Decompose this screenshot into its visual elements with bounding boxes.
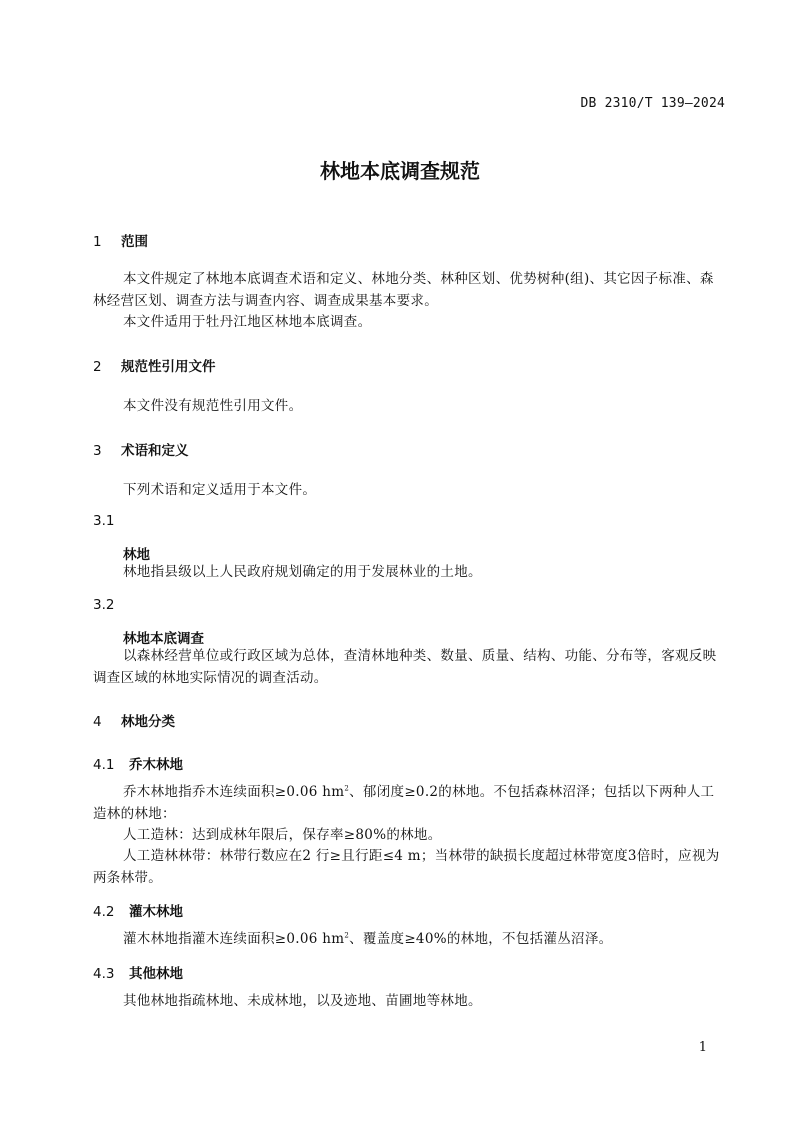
section-number: 4.2 — [93, 904, 129, 920]
section-4-1-heading: 4.1乔木林地 — [93, 753, 183, 773]
section-title: 灌木林地 — [129, 904, 183, 920]
section-title: 范围 — [121, 234, 148, 250]
section-title: 术语和定义 — [121, 443, 189, 459]
section-2-heading: 2规范性引用文件 — [93, 355, 216, 375]
section-number: 4 — [93, 714, 121, 730]
section-4-3-heading: 4.3其他林地 — [93, 962, 183, 982]
section-number: 2 — [93, 359, 121, 375]
term-3-1-definition: 林地指县级以上人民政府规划确定的用于发展林业的土地。 — [93, 562, 726, 584]
section-4-1-paragraph-1: 乔木林地指乔木连续面积≥0.06 hm2、郁闭度≥0.2的林地。不包括森林沼泽；… — [93, 782, 726, 825]
section-4-heading: 4林地分类 — [93, 710, 175, 730]
document-title: 林地本底调查规范 — [0, 155, 800, 184]
section-4-1-paragraph-2: 人工造林：达到成林年限后，保存率≥80%的林地。 — [93, 825, 726, 847]
term-3-1-number: 3.1 — [93, 513, 114, 529]
section-3-paragraph-1: 下列术语和定义适用于本文件。 — [93, 480, 726, 502]
section-1-paragraph-1: 本文件规定了林地本底调查术语和定义、林地分类、林种区划、优势树种(组)、其它因子… — [93, 269, 726, 312]
section-4-2-heading: 4.2灌木林地 — [93, 900, 183, 920]
section-1-heading: 1范围 — [93, 230, 148, 250]
section-3-heading: 3术语和定义 — [93, 439, 189, 459]
page-number: 1 — [699, 1040, 707, 1055]
document-number: DB 2310/T 139—2024 — [581, 96, 725, 111]
section-title: 乔木林地 — [129, 757, 183, 773]
term-3-1-name: 林地 — [123, 543, 150, 563]
term-3-2-name: 林地本底调查 — [123, 627, 204, 647]
section-2-paragraph-1: 本文件没有规范性引用文件。 — [93, 396, 726, 418]
section-4-3-paragraph-1: 其他林地指疏林地、未成林地，以及迹地、苗圃地等林地。 — [93, 991, 726, 1013]
term-3-2-number: 3.2 — [93, 597, 114, 613]
section-title: 林地分类 — [121, 714, 175, 730]
section-number: 4.3 — [93, 966, 129, 982]
section-title: 规范性引用文件 — [121, 359, 216, 375]
section-4-2-paragraph-1: 灌木林地指灌木连续面积≥0.06 hm2、覆盖度≥40%的林地，不包括灌丛沼泽。 — [93, 929, 726, 951]
section-1-paragraph-2: 本文件适用于牡丹江地区林地本底调查。 — [93, 312, 726, 334]
section-number: 3 — [93, 443, 121, 459]
term-3-2-definition: 以森林经营单位或行政区域为总体，查清林地种类、数量、质量、结构、功能、分布等，客… — [93, 646, 726, 689]
section-number: 1 — [93, 234, 121, 250]
section-4-1-paragraph-3: 人工造林林带：林带行数应在2 行≥且行距≤4 m；当林带的缺损长度超过林带宽度3… — [93, 846, 726, 889]
section-title: 其他林地 — [129, 966, 183, 982]
section-number: 4.1 — [93, 757, 129, 773]
